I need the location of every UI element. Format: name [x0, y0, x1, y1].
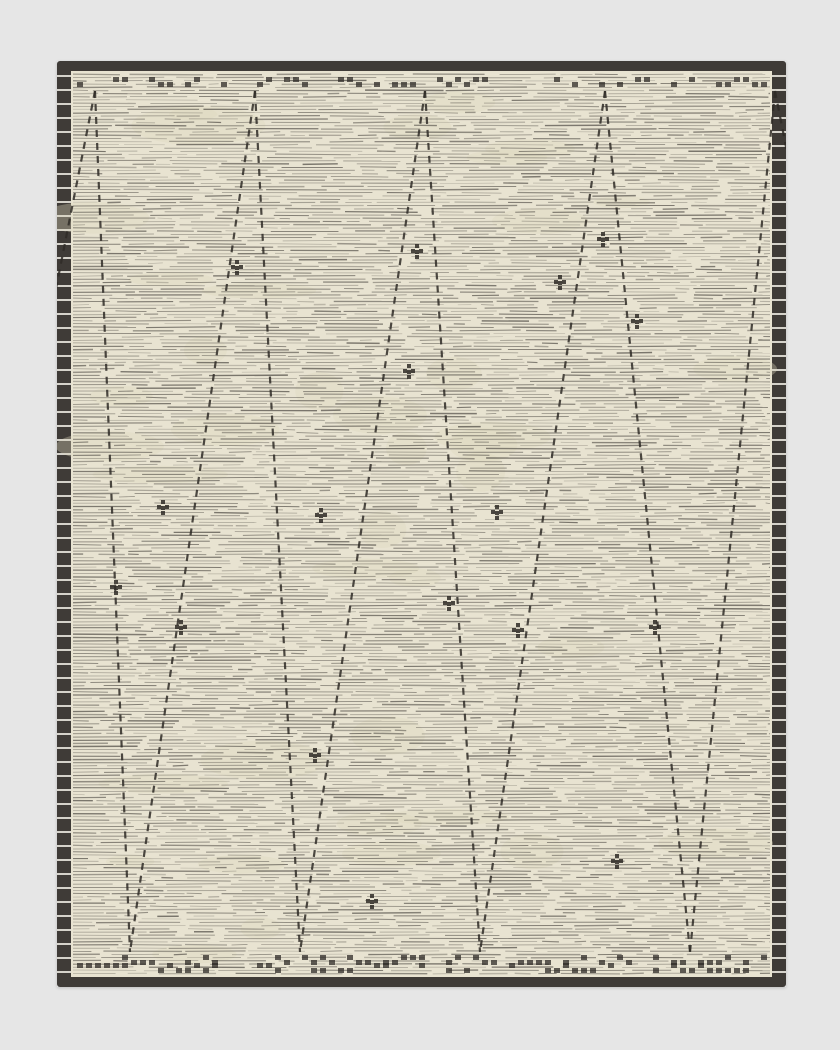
- product-photo: [0, 0, 840, 1050]
- rug-artwork: [57, 61, 786, 987]
- berber-rug: [57, 61, 786, 987]
